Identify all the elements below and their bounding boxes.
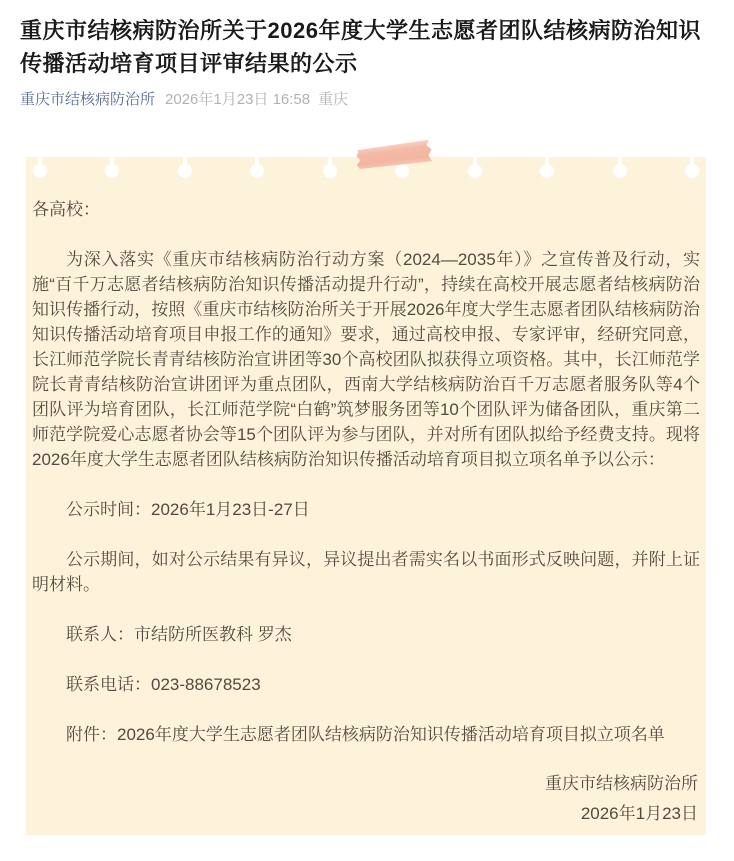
pin-icon [33, 157, 47, 179]
pin-icon [613, 157, 627, 179]
pin-icon [250, 157, 264, 179]
publish-datetime: 2026年1月23日 16:58 [165, 91, 310, 108]
publish-location: 重庆 [318, 91, 348, 108]
signature-block: 重庆市结核病防治所 2026年1月23日 [32, 769, 700, 829]
signature-org: 重庆市结核病防治所 [32, 769, 698, 799]
article-title: 重庆市结核病防治所关于2026年度大学生志愿者团队结核病防治知识传播活动培育项目… [20, 14, 714, 80]
body-paragraph-objection: 公示期间，如对公示结果有异议，异议提出者需实名以书面形式反映问题，并附上证明材料… [32, 547, 700, 597]
signature-date: 2026年1月23日 [32, 799, 698, 829]
pin-icon [685, 157, 699, 179]
washi-tape-icon [355, 139, 433, 170]
article-header: 重庆市结核病防治所关于2026年度大学生志愿者团队结核病防治知识传播活动培育项目… [0, 0, 734, 110]
pin-icon [178, 157, 192, 179]
announcement-card: 各高校： 为深入落实《重庆市结核病防治行动方案（2024—2035年）》之宣传普… [26, 157, 706, 835]
article-meta: 重庆市结核病防治所2026年1月23日 16:58重庆 [20, 89, 714, 110]
body-paragraph-attachment: 附件：2026年度大学生志愿者团队结核病防治知识传播活动培育项目拟立项名单 [32, 722, 700, 747]
pin-icon [395, 157, 409, 179]
pin-icon [540, 157, 554, 179]
body-paragraph-main: 为深入落实《重庆市结核病防治行动方案（2024—2035年）》之宣传普及行动，实… [32, 247, 700, 472]
pin-icon [468, 157, 482, 179]
announcement-body: 各高校： 为深入落实《重庆市结核病防治行动方案（2024—2035年）》之宣传普… [32, 197, 700, 829]
pin-icon [105, 157, 119, 179]
body-paragraph-contact-person: 联系人：市结防所医教科 罗杰 [32, 622, 700, 647]
pin-icon [323, 157, 337, 179]
pin-decorations [26, 157, 706, 179]
article-page: 重庆市结核病防治所关于2026年度大学生志愿者团队结核病防治知识传播活动培育项目… [0, 0, 734, 861]
salutation: 各高校： [32, 197, 700, 222]
body-paragraph-public-period: 公示时间：2026年1月23日-27日 [32, 497, 700, 522]
body-paragraph-contact-phone: 联系电话：023-88678523 [32, 672, 700, 697]
account-name-link[interactable]: 重庆市结核病防治所 [20, 91, 155, 108]
